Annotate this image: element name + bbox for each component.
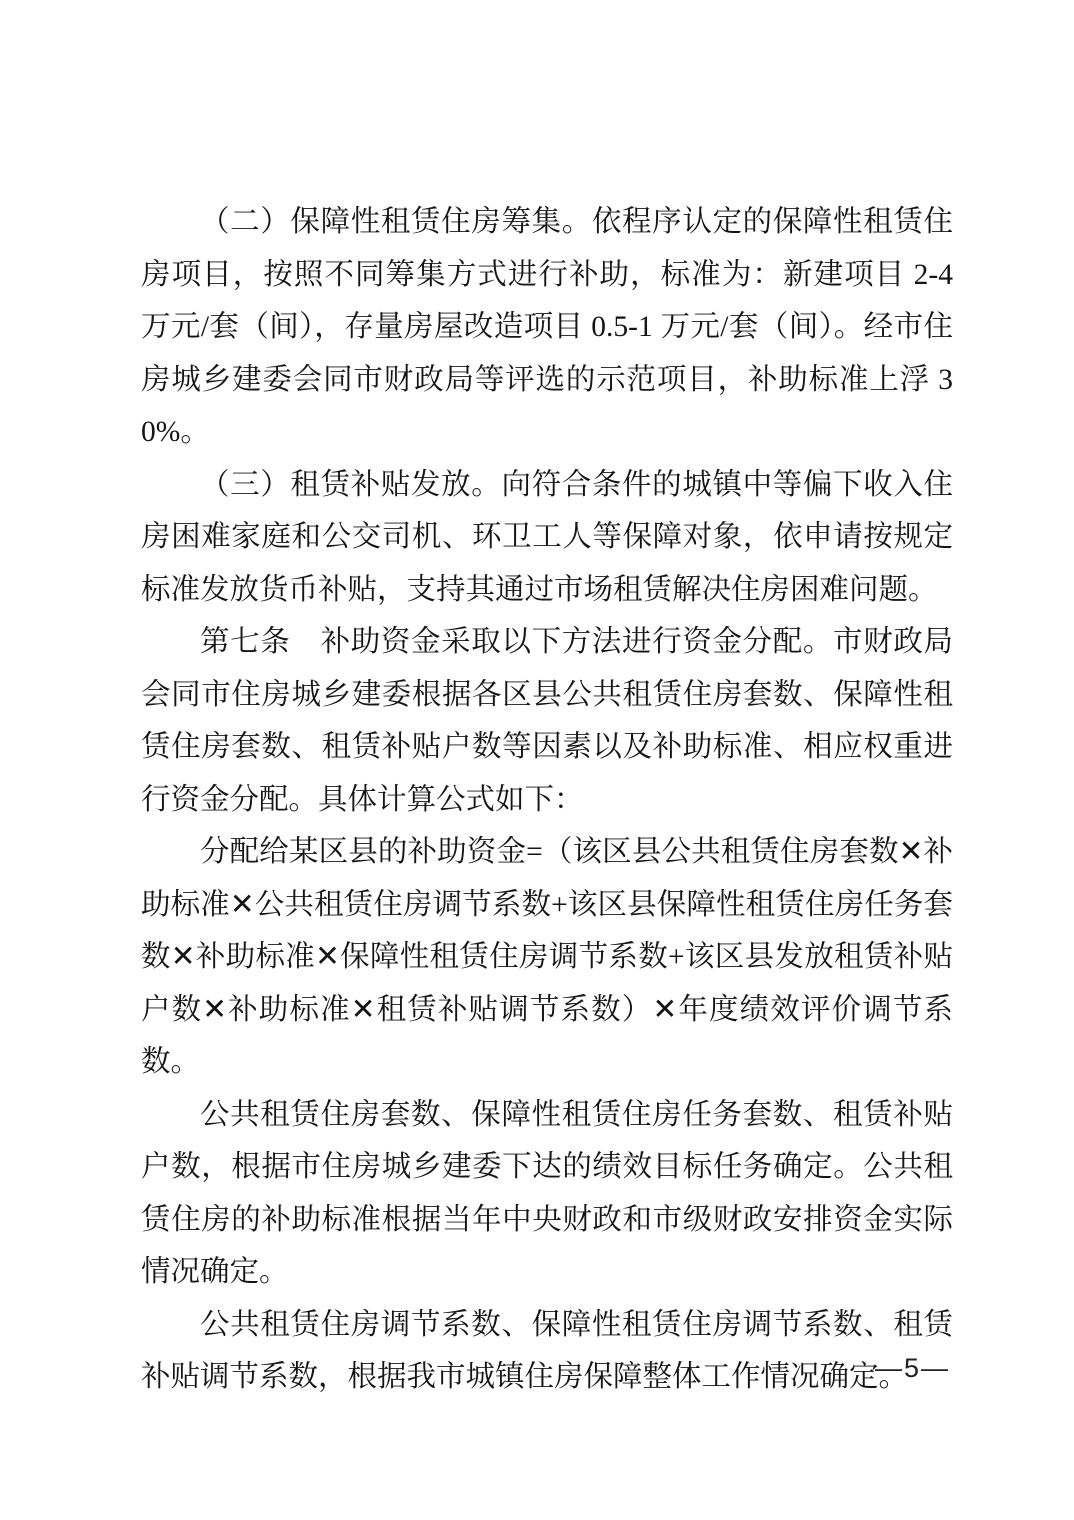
document-body: （二）保障性租赁住房筹集。依程序认定的保障性租赁住房项目，按照不同筹集方式进行补… [141,196,953,1404]
page-number: —5— [875,1353,950,1383]
document-page: （二）保障性租赁住房筹集。依程序认定的保障性租赁住房项目，按照不同筹集方式进行补… [0,0,1074,1520]
coefficient-determination-paragraph: 公共租赁住房调节系数、保障性租赁住房调节系数、租赁补贴调节系数，根据我市城镇住房… [141,1299,953,1404]
article-7-paragraph: 第七条 补助资金采取以下方法进行资金分配。市财政局会同市住房城乡建委根据各区县公… [141,616,953,826]
quantity-determination-paragraph: 公共租赁住房套数、保障性租赁住房任务套数、租赁补贴户数，根据市住房城乡建委下达的… [141,1089,953,1299]
clause-item-3-paragraph: （三）租赁补贴发放。向符合条件的城镇中等偏下收入住房困难家庭和公交司机、环卫工人… [141,459,953,617]
clause-item-2-paragraph: （二）保障性租赁住房筹集。依程序认定的保障性租赁住房项目，按照不同筹集方式进行补… [141,196,953,459]
allocation-formula-paragraph: 分配给某区县的补助资金=（该区县公共租赁住房套数✕补助标准✕公共租赁住房调节系数… [141,826,953,1089]
